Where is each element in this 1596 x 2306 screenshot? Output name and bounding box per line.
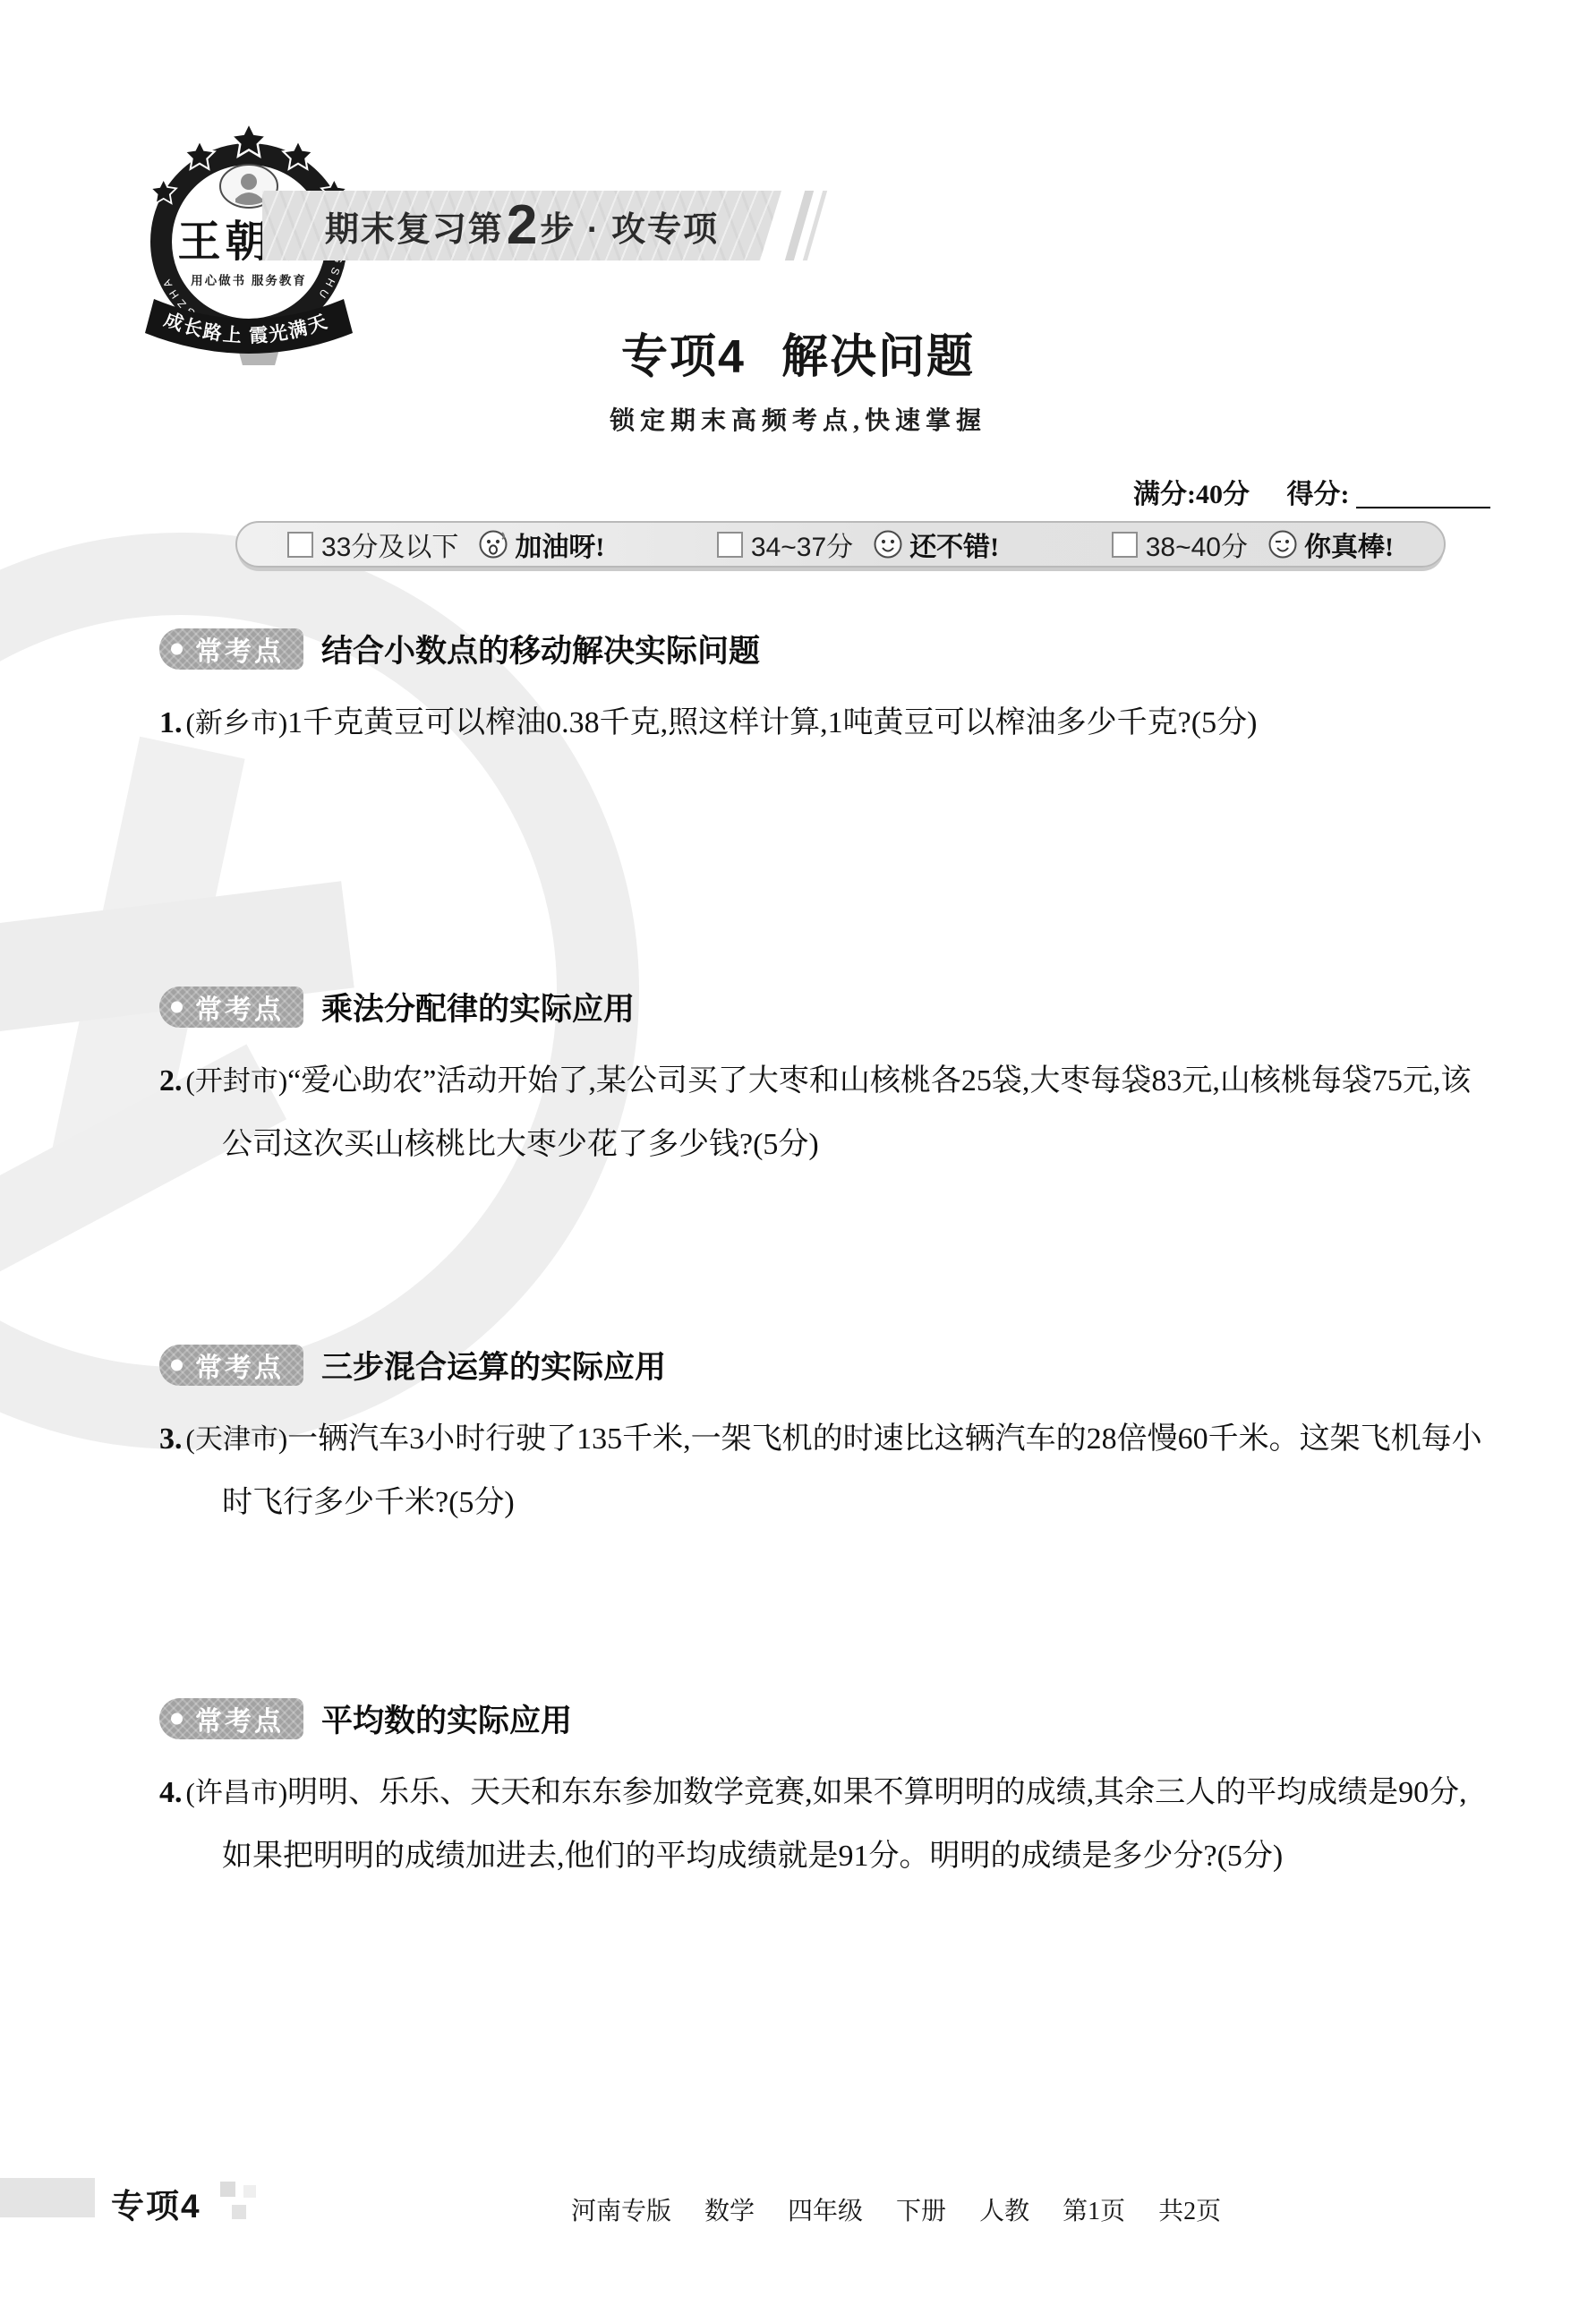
section-topic: 乘法分配律的实际应用: [321, 985, 635, 1029]
band-range: 33分及以下: [321, 525, 458, 564]
grade-band-low: 33分及以下 加油呀!: [287, 525, 604, 564]
question-text: “爱心助农”活动开始了,某公司买了大枣和山核桃各25袋,大枣每袋83元,山核桃每…: [222, 1064, 1471, 1161]
footer-strip: [0, 2178, 95, 2217]
tag-label: 常考点: [195, 1699, 284, 1738]
frequent-point-tag: 常考点: [159, 1698, 303, 1739]
grade-band-high: 38~40分 你真棒!: [1112, 525, 1394, 564]
frequent-point-tag: 常考点: [159, 1345, 303, 1386]
footer-region: 河南专版: [571, 2198, 671, 2225]
banner-text: 期末复习第: [325, 201, 504, 251]
header-banner: 期末复习第 2 步 · 攻专项: [262, 191, 781, 260]
earned-score-label: 得分:: [1287, 480, 1350, 509]
question-4: 4.(许昌市)明明、乐乐、天天和东东参加数学竞赛,如果不算明明的成绩,其余三人的…: [159, 1761, 1495, 1888]
question-number: 4.: [159, 1776, 183, 1809]
question-source: (新乡市): [186, 707, 288, 739]
band-comment: 加油呀!: [515, 525, 604, 564]
page-title: 专项4解决问题: [0, 319, 1596, 386]
effort-emoji-icon: [478, 529, 508, 559]
question-number: 1.: [159, 706, 183, 739]
footer-subject: 数学: [704, 2198, 755, 2225]
question-source: (开封市): [186, 1065, 288, 1097]
grade-band-bar: 33分及以下 加油呀! 34~37分 还不错! 38~40分: [235, 521, 1446, 568]
footer-edition-info: 河南专版 数学 四年级 下册 人教 第1页 共2页: [571, 2191, 1221, 2227]
question-source: (许昌市): [186, 1777, 288, 1808]
footer-square-decoration: [220, 2182, 235, 2197]
section-header: 常考点 结合小数点的移动解决实际问题: [159, 627, 1495, 671]
brand-motto: 用心做书 服务教育: [191, 273, 307, 287]
page-subtitle: 锁定期末高频考点,快速掌握: [0, 401, 1596, 437]
band-range: 38~40分: [1146, 525, 1248, 564]
page-title-text: 解决问题: [781, 331, 975, 383]
footer-edition: 人教: [979, 2198, 1029, 2225]
banner-step-number: 2: [507, 198, 537, 253]
section-distributive-law: 常考点 乘法分配律的实际应用 2.(开封市)“爱心助农”活动开始了,某公司买了大…: [159, 985, 1495, 1176]
frequent-point-tag: 常考点: [159, 628, 303, 670]
tag-label: 常考点: [195, 629, 284, 669]
worksheet-page: 王朝霞 ® 用心做书 服务教育 WANGZHA NGSHU 成长路上 霞光满天 …: [0, 0, 1596, 2306]
section-header: 常考点 平均数的实际应用: [159, 1696, 1495, 1741]
footer-page-label: 专项4: [111, 2179, 201, 2227]
checkbox[interactable]: [717, 532, 743, 558]
question-source: (天津市): [186, 1423, 288, 1455]
footer-square-decoration: [243, 2185, 256, 2198]
band-range: 34~37分: [751, 525, 853, 564]
question-text: 一辆汽车3小时行驶了135千米,一架飞机的时速比这辆汽车的28倍慢60千米。这架…: [222, 1422, 1482, 1519]
footer-volume: 下册: [896, 2198, 946, 2225]
section-topic: 三步混合运算的实际应用: [321, 1343, 666, 1388]
score-blank-field[interactable]: [1356, 480, 1490, 508]
tag-label: 常考点: [195, 987, 284, 1027]
banner-text: 步 · 攻专项: [540, 201, 719, 251]
wink-emoji-icon: [1267, 529, 1298, 559]
section-header: 常考点 三步混合运算的实际应用: [159, 1343, 1495, 1388]
question-1: 1.(新乡市)1千克黄豆可以榨油0.38千克,照这样计算,1吨黄豆可以榨油多少千…: [159, 691, 1495, 755]
question-number: 3.: [159, 1422, 183, 1456]
smile-emoji-icon: [873, 529, 903, 559]
full-score-label: 满分:40分: [1133, 480, 1250, 509]
question-2: 2.(开封市)“爱心助农”活动开始了,某公司买了大枣和山核桃各25袋,大枣每袋8…: [159, 1049, 1495, 1176]
footer-square-decoration: [232, 2205, 246, 2219]
grade-band-mid: 34~37分 还不错!: [717, 525, 999, 564]
frequent-point-tag: 常考点: [159, 986, 303, 1028]
section-topic: 平均数的实际应用: [321, 1696, 572, 1741]
question-text: 明明、乐乐、天天和东东参加数学竞赛,如果不算明明的成绩,其余三人的平均成绩是90…: [222, 1776, 1467, 1873]
section-decimal-point: 常考点 结合小数点的移动解决实际问题 1.(新乡市)1千克黄豆可以榨油0.38千…: [159, 627, 1495, 755]
tag-label: 常考点: [195, 1345, 284, 1385]
checkbox[interactable]: [1112, 532, 1138, 558]
section-mixed-operations: 常考点 三步混合运算的实际应用 3.(天津市)一辆汽车3小时行驶了135千米,一…: [159, 1343, 1495, 1534]
question-text: 1千克黄豆可以榨油0.38千克,照这样计算,1吨黄豆可以榨油多少千克?(5分): [287, 706, 1257, 739]
score-line: 满分:40分 得分:: [1133, 472, 1490, 511]
band-comment: 还不错!: [909, 525, 999, 564]
footer-grade: 四年级: [788, 2198, 863, 2225]
footer-total-pages: 共2页: [1158, 2198, 1221, 2225]
band-comment: 你真棒!: [1304, 525, 1394, 564]
section-topic: 结合小数点的移动解决实际问题: [321, 627, 760, 671]
question-number: 2.: [159, 1064, 183, 1097]
question-3: 3.(天津市)一辆汽车3小时行驶了135千米,一架飞机的时速比这辆汽车的28倍慢…: [159, 1407, 1495, 1534]
section-header: 常考点 乘法分配律的实际应用: [159, 985, 1495, 1029]
section-average: 常考点 平均数的实际应用 4.(许昌市)明明、乐乐、天天和东东参加数学竞赛,如果…: [159, 1696, 1495, 1888]
page-title-number: 专项4: [621, 331, 746, 383]
footer-page-number: 第1页: [1063, 2198, 1125, 2225]
checkbox[interactable]: [287, 532, 313, 558]
